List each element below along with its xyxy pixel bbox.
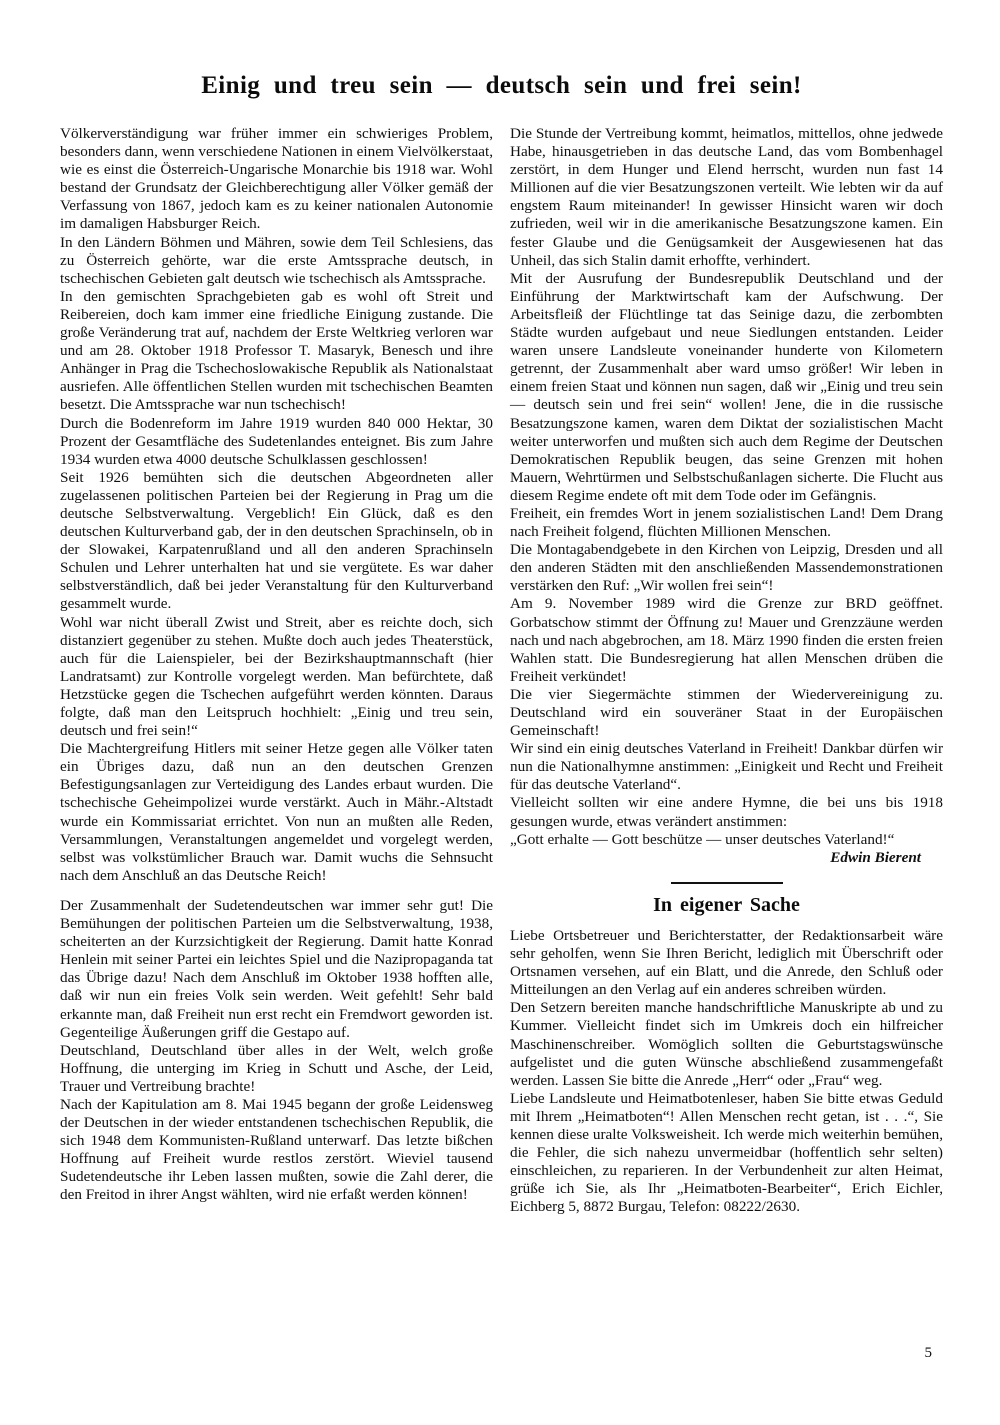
section-divider	[671, 882, 783, 884]
paragraph: Mit der Ausrufung der Bundesrepublik Deu…	[510, 270, 943, 505]
paragraph: Durch die Bodenreform im Jahre 1919 wurd…	[60, 415, 493, 469]
paragraph: Wohl war nicht überall Zwist und Streit,…	[60, 614, 493, 741]
paragraph: Der Zusammenhalt der Sudetendeutschen wa…	[60, 897, 493, 1042]
document-page: Einig und treu sein — deutsch sein und f…	[0, 0, 1000, 1425]
paragraph: Wir sind ein einig deutsches Vaterland i…	[510, 740, 943, 794]
paragraph: Die Machtergreifung Hitlers mit seiner H…	[60, 740, 493, 885]
paragraph: Freiheit, ein fremdes Wort in jenem sozi…	[510, 505, 943, 541]
page-number: 5	[925, 1345, 933, 1362]
article-title: Einig und treu sein — deutsch sein und f…	[60, 72, 943, 100]
paragraph: Seit 1926 bemühten sich die deutschen Ab…	[60, 469, 493, 614]
paragraph: Am 9. November 1989 wird die Grenze zur …	[510, 595, 943, 685]
left-column: Völkerverständigung war früher immer ein…	[60, 125, 493, 1216]
right-column: Die Stunde der Vertreibung kommt, heimat…	[510, 125, 943, 1216]
paragraph: Liebe Ortsbetreuer und Berichterstatter,…	[510, 927, 943, 999]
two-column-layout: Völkerverständigung war früher immer ein…	[60, 125, 943, 1216]
paragraph: Den Setzern bereiten manche handschriftl…	[510, 999, 943, 1089]
paragraph: Die Stunde der Vertreibung kommt, heimat…	[510, 125, 943, 270]
paragraph: „Gott erhalte — Gott beschütze — unser d…	[510, 831, 943, 849]
paragraph: Liebe Landsleute und Heimatbotenleser, h…	[510, 1090, 943, 1217]
paragraph: Die Montagabendgebete in den Kirchen von…	[510, 541, 943, 595]
section-heading: In eigener Sache	[510, 896, 943, 914]
paragraph: In den gemischten Sprachgebieten gab es …	[60, 288, 493, 415]
paragraph: Völkerverständigung war früher immer ein…	[60, 125, 493, 234]
author-byline: Edwin Bierent	[510, 849, 943, 867]
paragraph: Nach der Kapitulation am 8. Mai 1945 beg…	[60, 1096, 493, 1205]
paragraph: Deutschland, Deutschland über alles in d…	[60, 1042, 493, 1096]
paragraph: Vielleicht sollten wir eine andere Hymne…	[510, 794, 943, 830]
paragraph: Die vier Siegermächte stimmen der Wieder…	[510, 686, 943, 740]
paragraph: In den Ländern Böhmen und Mähren, sowie …	[60, 234, 493, 288]
